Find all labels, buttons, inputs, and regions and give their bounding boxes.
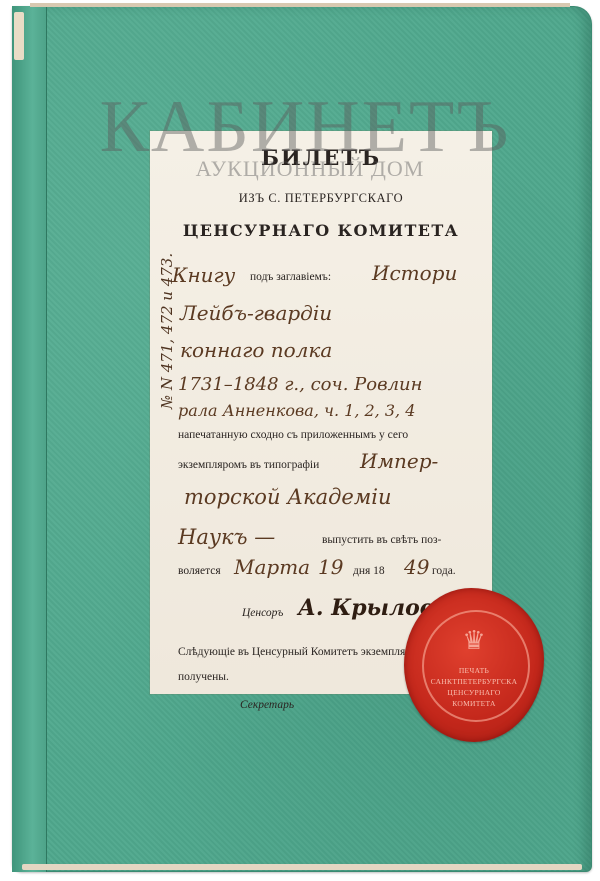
- page-edge-top: [30, 3, 570, 7]
- torn-spine-paper: [14, 12, 24, 60]
- printed-line: выпустить въ свѣтъ поз-: [322, 534, 441, 546]
- handwritten-word: Истори: [372, 261, 457, 285]
- handwritten-line: торской Академіи: [184, 485, 392, 509]
- handwritten-day: 19: [318, 555, 343, 579]
- handwritten-line: 1731–1848 г., соч. Ровлин: [178, 374, 423, 395]
- printed-line: экземпляромъ въ типографіи: [178, 459, 319, 471]
- watermark-subtitle: АУКЦИОННЫЙ ДОМ: [160, 156, 460, 182]
- watermark-title: КАБИНЕТЪ: [95, 90, 515, 164]
- handwritten-word: Импер-: [360, 449, 438, 473]
- printed-text: года.: [432, 565, 456, 577]
- printed-line: напечатанную сходно съ приложеннымъ у се…: [178, 429, 408, 441]
- ticket-subtitle: ИЗЪ С. ПЕТЕРБУРГСКАГО: [150, 191, 492, 206]
- printed-text: дня 18: [353, 565, 385, 577]
- seal-text-line: САНКТПЕТЕРБУРГСКА: [404, 677, 544, 686]
- following-text: Слѣдующіе въ Ценсурный Комитетъ экземпля…: [178, 646, 419, 658]
- printed-text: подъ заглавіемъ:: [250, 271, 331, 283]
- seal-text-line: ПЕЧАТЬ: [404, 666, 544, 675]
- seal-text-line: ЦЕНСУРНАГО: [404, 688, 544, 697]
- received-text: получены.: [178, 671, 229, 683]
- censor-signature: А. Крылов: [298, 595, 434, 621]
- handwritten-line: коннаго полка: [180, 338, 332, 362]
- secretary-label: Секретарь: [240, 699, 294, 711]
- handwritten-number: № N 471, 472 и 473.: [158, 206, 176, 456]
- censor-label: Ценсоръ: [242, 607, 283, 619]
- handwritten-month: Марта: [234, 555, 310, 579]
- seal-text-line: КОМИТЕТА: [404, 699, 544, 708]
- ticket-heading: ЦЕНСУРНАГО КОМИТЕТА: [150, 221, 492, 240]
- handwritten-year: 49: [404, 555, 429, 579]
- page-edge-bottom: [22, 864, 582, 870]
- eagle-icon: ♛: [404, 626, 544, 656]
- book-spine: [12, 6, 47, 872]
- handwritten-word: Наукъ —: [178, 525, 275, 549]
- printed-text: воляется: [178, 565, 221, 577]
- ticket-number: № N 471, 472 и 473.: [152, 212, 182, 462]
- handwritten-line: рала Анненкова, ч. 1, 2, 3, 4: [178, 401, 415, 420]
- handwritten-line: Лейбъ-гвардіи: [180, 301, 332, 325]
